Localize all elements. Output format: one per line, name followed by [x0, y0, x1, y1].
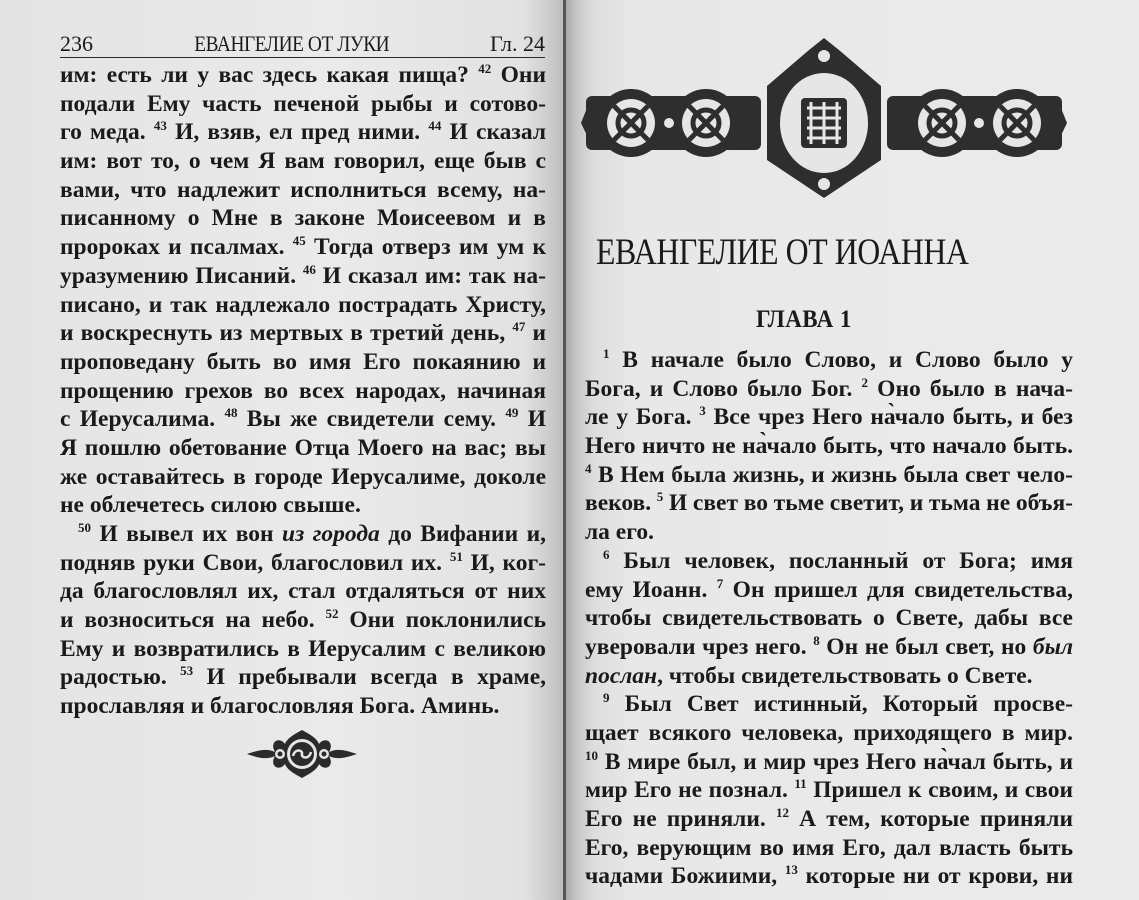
- end-of-book-ornament-icon: [247, 728, 357, 780]
- text-run: Его не приняли.: [585, 806, 776, 832]
- text-run: пророках и псалмах.: [60, 234, 293, 260]
- text-run: им: вот то, о чем Я вам говорил, еще быв…: [60, 148, 546, 174]
- verse-number: 52: [325, 606, 338, 621]
- text-run: подняв руки Свои, благословил их.: [60, 550, 450, 576]
- text-line: не облечетесь силою свыше.: [60, 491, 546, 520]
- text-run: проповедану быть во имя Его покаянию и: [60, 349, 546, 375]
- text-run: Его, верующим во имя Его, дал власть быт…: [585, 835, 1073, 861]
- text-run: И, ког-: [463, 550, 546, 576]
- text-run: уразумению Писаний.: [60, 263, 303, 289]
- text-line: вами, что надлежит исполниться всему, на…: [60, 176, 546, 205]
- text-line: 9 Был Свет истинный, Который просве-: [585, 690, 1073, 719]
- text-line: прославляя и благословляя Бога. Аминь.: [60, 692, 546, 721]
- text-run: И свет во тьме светит, и тьма не объя-: [663, 490, 1073, 516]
- text-run: вами, что надлежит исполниться всему, на…: [60, 177, 546, 203]
- verse-number: 42: [478, 61, 491, 76]
- text-line: проповедану быть во имя Его покаянию и: [60, 348, 546, 377]
- text-line: и возноситься на небо. 52 Они поклонилис…: [60, 606, 546, 635]
- text-run: же оставайтесь в городе Иерусалиме, доко…: [60, 464, 546, 490]
- text-run: ла его.: [585, 519, 654, 545]
- text-run: уверовали чрез него.: [585, 634, 813, 660]
- text-line: ле у Бога. 3 Все чрез Него на̀чало быть,…: [585, 403, 1073, 432]
- text-run: веков.: [585, 490, 657, 516]
- text-run: Оно было в нача-: [868, 376, 1073, 402]
- italic-text: был: [1033, 634, 1073, 660]
- text-run: до Вифании и,: [380, 521, 546, 547]
- text-line: Его не приняли. 12 А тем, которые принял…: [585, 805, 1073, 834]
- text-run: Я пошлю обетование Отца Моего на вас; вы: [60, 435, 546, 461]
- text-line: Него ничто не на̀чало быть, что начало б…: [585, 432, 1073, 461]
- text-line: писано, и так надлежало пострадать Христ…: [60, 291, 546, 320]
- chapter-title: ГЛАВА 1: [756, 306, 852, 334]
- text-line: писанному о Мне в законе Моисеевом и в: [60, 204, 546, 233]
- text-line: Я пошлю обетование Отца Моего на вас; вы: [60, 434, 546, 463]
- text-line: и воскреснуть из мертвых в третий день, …: [60, 319, 546, 348]
- text-run: И: [518, 406, 546, 432]
- text-run: В начале было Слово, и Слово было у: [610, 347, 1074, 373]
- text-line: уразумению Писаний. 46 И сказал им: так …: [60, 262, 546, 291]
- verse-number: 49: [505, 405, 518, 420]
- text-run: чтобы свидетельствовать о Свете, дабы вс…: [585, 605, 1073, 631]
- verse-number: 50: [78, 520, 91, 535]
- text-line: ему Иоанн. 7 Он пришел для свидетельства…: [585, 576, 1073, 605]
- text-line: щает всякого человека, приходящего в мир…: [585, 719, 1073, 748]
- page-number: 236: [60, 32, 93, 56]
- running-title: ЕВАНГЕЛИЕ ОТ ЛУКИ: [194, 32, 389, 56]
- text-run: мир Его не познал.: [585, 777, 794, 803]
- verse-number: 47: [512, 319, 525, 334]
- text-run: и воскреснуть из мертвых в третий день,: [60, 320, 512, 346]
- text-line: 6 Был человек, посланный от Бога; имя: [585, 547, 1073, 576]
- text-line: 10 В мире был, и мир чрез Него на̀чал бы…: [585, 748, 1073, 777]
- text-run: И вывел их вон: [91, 521, 282, 547]
- text-run: И пребывали всегда в храме,: [193, 664, 546, 690]
- text-line: чадами Божиими, 13 которые ни от крови, …: [585, 862, 1073, 891]
- text-run: Тогда отверз им ум к: [306, 234, 546, 260]
- text-line: Бога, и Слово было Бог. 2 Оно было в нач…: [585, 375, 1073, 404]
- text-run: А тем, которые приняли: [789, 806, 1073, 832]
- book-spread: 236 ЕВАНГЕЛИЕ ОТ ЛУКИ Гл. 24 им: есть ли…: [0, 0, 1139, 900]
- verse-number: 10: [585, 748, 598, 763]
- text-line: Его, верующим во имя Его, дал власть быт…: [585, 834, 1073, 863]
- text-line: ла его.: [585, 518, 1073, 547]
- text-line: пророках и псалмах. 45 Тогда отверз им у…: [60, 233, 546, 262]
- running-head: 236 ЕВАНГЕЛИЕ ОТ ЛУКИ Гл. 24: [60, 30, 545, 58]
- text-line: им: есть ли у вас здесь какая пища? 42 О…: [60, 61, 546, 90]
- text-line: же оставайтесь в городе Иерусалиме, доко…: [60, 463, 546, 492]
- text-run: Он не был свет, но: [820, 634, 1033, 660]
- text-run: и: [525, 320, 546, 346]
- text-line: 1 В начале было Слово, и Слово было у: [585, 346, 1073, 375]
- text-run: Они поклонились: [338, 607, 546, 633]
- right-page-text: 1 В начале было Слово, и Слово было уБог…: [585, 346, 1073, 891]
- text-line: чтобы свидетельствовать о Свете, дабы вс…: [585, 604, 1073, 633]
- text-line: им: вот то, о чем Я вам говорил, еще быв…: [60, 147, 546, 176]
- text-run: Бога, и Слово было Бог.: [585, 376, 862, 402]
- verse-number: 53: [180, 663, 193, 678]
- text-run: щает всякого человека, приходящего в мир…: [585, 720, 1073, 746]
- text-run: ле у Бога.: [585, 404, 699, 430]
- text-run: , чтобы свидетельствовать о Свете.: [657, 663, 1032, 689]
- text-run: В Нем была жизнь, и жизнь была свет чело…: [592, 462, 1074, 488]
- text-run: чадами Божиими,: [585, 863, 785, 889]
- verse-number: 13: [785, 862, 798, 877]
- text-line: послан, чтобы свидетельствовать о Свете.: [585, 662, 1073, 691]
- text-run: го меда.: [60, 119, 154, 145]
- text-run: Пришел к своим, и свои: [807, 777, 1073, 803]
- text-run: Ему и возвратились в Иерусалим с великою: [60, 636, 546, 662]
- italic-text: послан: [585, 663, 657, 689]
- text-run: В мире был, и мир чрез Него на̀чал быть,…: [598, 749, 1073, 775]
- verse-number: 51: [450, 549, 463, 564]
- text-run: с Иерусалима.: [60, 406, 224, 432]
- text-line: 50 И вывел их вон из города до Вифании и…: [60, 520, 546, 549]
- verse-number: 11: [794, 776, 806, 791]
- text-run: писано, и так надлежало пострадать Христ…: [60, 292, 546, 318]
- text-line: с Иерусалима. 48 Вы же свидетели сему. 4…: [60, 405, 546, 434]
- text-run: Вы же свидетели сему.: [237, 406, 505, 432]
- book-title: ЕВАНГЕЛИЕ ОТ ИОАННА: [596, 231, 940, 274]
- text-run: подали Ему часть печеной рыбы и сотово-: [60, 91, 546, 117]
- verse-number: 44: [428, 118, 441, 133]
- text-run: Был человек, посланный от Бога; имя: [610, 548, 1074, 574]
- headpiece-ornament-icon: [581, 38, 1067, 198]
- text-run: Него ничто не на̀чало быть, что начало б…: [585, 433, 1073, 459]
- text-line: го меда. 43 И, взяв, ел пред ними. 44 И …: [60, 118, 546, 147]
- text-line: Ему и возвратились в Иерусалим с великою: [60, 635, 546, 664]
- text-run: и возноситься на небо.: [60, 607, 325, 633]
- text-line: да благословлял их, стал отдаляться от н…: [60, 577, 546, 606]
- verse-number: 12: [776, 805, 789, 820]
- text-run: им: есть ли у вас здесь какая пища?: [60, 62, 478, 88]
- verse-number: 48: [224, 405, 237, 420]
- text-run: Был Свет истинный, Который просве-: [610, 691, 1074, 717]
- text-run: которые ни от крови, ни: [798, 863, 1073, 889]
- text-run: писанному о Мне в законе Моисеевом и в: [60, 205, 546, 231]
- text-line: подняв руки Свои, благословил их. 51 И, …: [60, 549, 546, 578]
- verse-number: 46: [303, 262, 316, 277]
- right-page: ЕВАНГЕЛИЕ ОТ ИОАННА ГЛАВА 1 1 В начале б…: [566, 0, 1139, 900]
- italic-text: из города: [282, 521, 380, 547]
- text-line: подали Ему часть печеной рыбы и сотово-: [60, 90, 546, 119]
- text-run: Он пришел для свидетельства,: [723, 577, 1073, 603]
- text-run: Они: [491, 62, 546, 88]
- text-run: прощению грехов во всех народах, начиная: [60, 378, 546, 404]
- text-run: прославляя и благословляя Бога. Аминь.: [60, 693, 499, 719]
- text-line: прощению грехов во всех народах, начиная: [60, 377, 546, 406]
- text-run: И сказал им: так на-: [316, 263, 546, 289]
- text-run: радостью.: [60, 664, 180, 690]
- text-run: да благословлял их, стал отдаляться от н…: [60, 578, 546, 604]
- text-run: ему Иоанн.: [585, 577, 717, 603]
- text-line: мир Его не познал. 11 Пришел к своим, и …: [585, 776, 1073, 805]
- chapter-reference: Гл. 24: [490, 32, 545, 56]
- text-run: И сказал: [441, 119, 546, 145]
- text-line: радостью. 53 И пребывали всегда в храме,: [60, 663, 546, 692]
- verse-number: 45: [293, 233, 306, 248]
- text-run: И, взяв, ел пред ними.: [167, 119, 429, 145]
- left-page-text: им: есть ли у вас здесь какая пища? 42 О…: [60, 61, 546, 721]
- text-run: Все чрез Него на̀чало быть, и без: [706, 404, 1073, 430]
- text-run: не облечетесь силою свыше.: [60, 492, 361, 518]
- text-line: веков. 5 И свет во тьме светит, и тьма н…: [585, 489, 1073, 518]
- text-line: 4 В Нем была жизнь, и жизнь была свет че…: [585, 461, 1073, 490]
- left-page: 236 ЕВАНГЕЛИЕ ОТ ЛУКИ Гл. 24 им: есть ли…: [0, 0, 563, 900]
- text-line: уверовали чрез него. 8 Он не был свет, н…: [585, 633, 1073, 662]
- verse-number: 43: [154, 118, 167, 133]
